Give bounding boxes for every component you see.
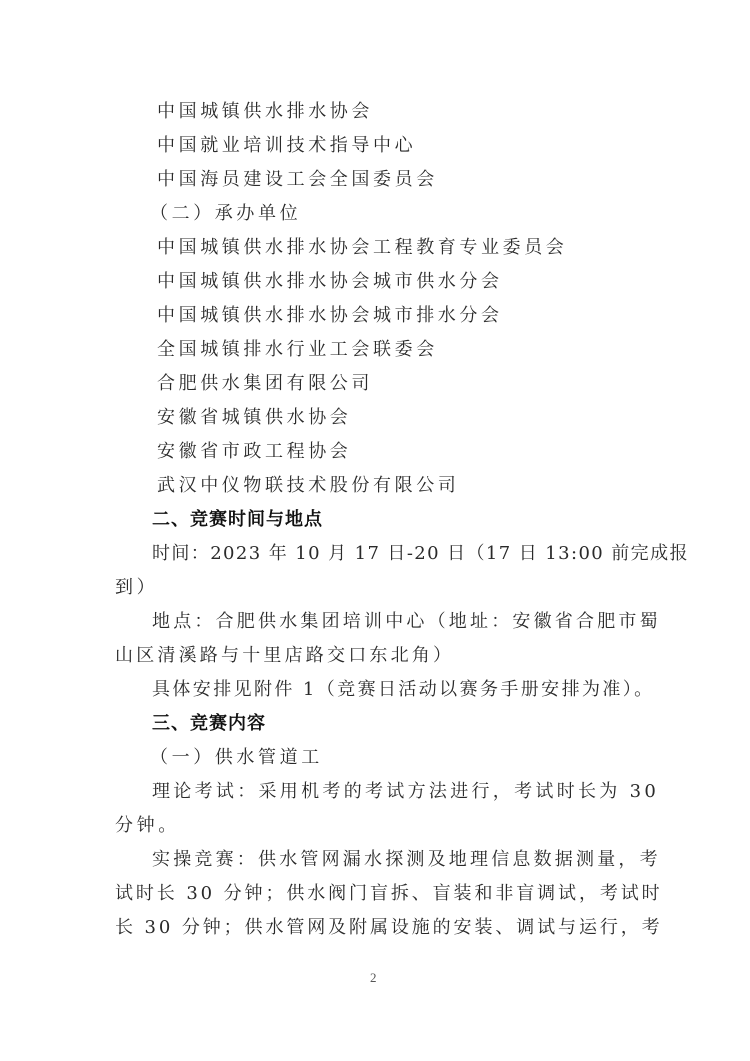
section-heading-time-place: 二、竞赛时间与地点 (152, 509, 323, 531)
place-line: 地点：合肥供水集团培训中心（地址：安徽省合肥市蜀 (152, 611, 661, 633)
practice-exam-line: 试时长 30 分钟；供水阀门盲拆、盲装和非盲调试，考试时 (115, 883, 663, 905)
organizer-item: 中国海员建设工会全国委员会 (157, 169, 438, 191)
subsection-heading-pipe-worker: （一）供水管道工 (150, 747, 323, 769)
document-page: 中国城镇供水排水协会 中国就业培训技术指导中心 中国海员建设工会全国委员会 （二… (0, 0, 750, 1061)
page-number: 2 (370, 970, 377, 986)
co-organizer-item: 中国城镇供水排水协会工程教育专业委员会 (157, 237, 567, 259)
co-organizer-item: 安徽省市政工程协会 (157, 441, 351, 463)
time-line: 时间：2023 年 10 月 17 日-20 日（17 日 13:00 前完成报 (152, 543, 689, 565)
organizer-item: 中国城镇供水排水协会 (157, 101, 373, 123)
schedule-note: 具体安排见附件 1（竞赛日活动以赛务手册安排为准）。 (152, 679, 655, 701)
co-organizers-heading: （二）承办单位 (150, 203, 301, 225)
practice-exam-line: 长 30 分钟；供水管网及附属设施的安装、调试与运行，考 (115, 917, 663, 939)
section-heading-content: 三、竞赛内容 (152, 713, 266, 735)
co-organizer-item: 中国城镇供水排水协会城市排水分会 (157, 305, 503, 327)
co-organizer-item: 安徽省城镇供水协会 (157, 407, 351, 429)
co-organizer-item: 武汉中仪物联技术股份有限公司 (157, 475, 459, 497)
co-organizer-item: 全国城镇排水行业工会联委会 (157, 339, 438, 361)
theory-exam-line-cont: 分钟。 (115, 815, 180, 837)
co-organizer-item: 合肥供水集团有限公司 (157, 373, 373, 395)
co-organizer-item: 中国城镇供水排水协会城市供水分会 (157, 271, 503, 293)
theory-exam-line: 理论考试：采用机考的考试方法进行，考试时长为 30 (152, 781, 659, 803)
place-line-cont: 山区清溪路与十里店路交口东北角） (115, 645, 454, 667)
organizer-item: 中国就业培训技术指导中心 (157, 135, 416, 157)
time-line-cont: 到） (115, 577, 158, 599)
practice-exam-line: 实操竞赛：供水管网漏水探测及地理信息数据测量，考 (152, 849, 661, 871)
